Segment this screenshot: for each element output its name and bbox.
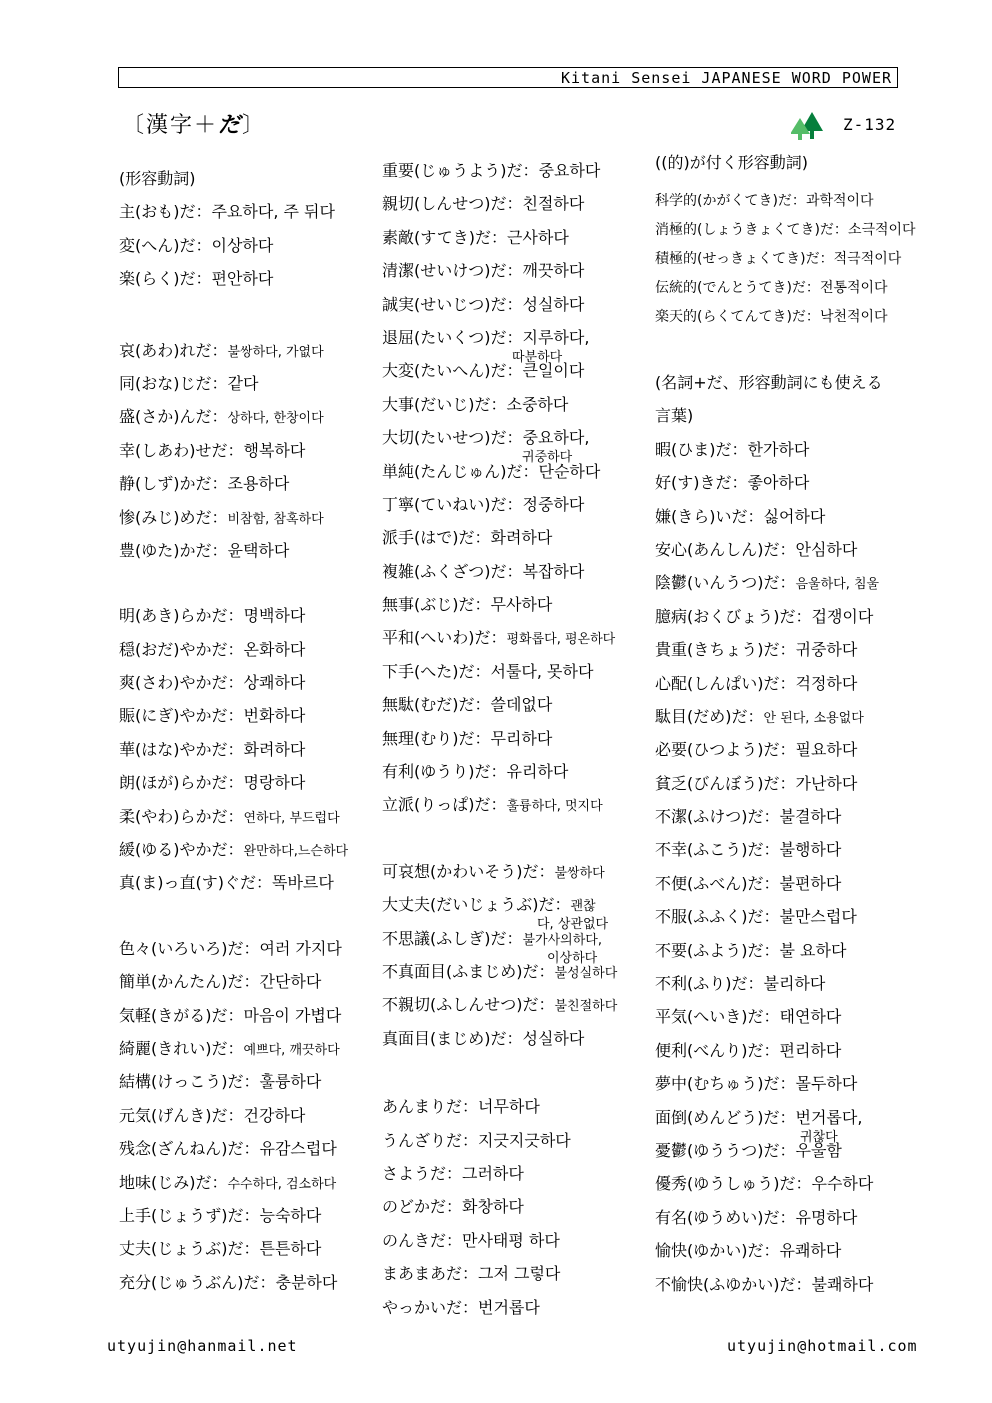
vocab-japanese: 優秀(ゆうしゅう)だ： — [655, 1174, 812, 1193]
vocab-japanese: うんざりだ： — [382, 1131, 478, 1150]
vocab-korean: 필요하다 — [796, 740, 858, 759]
vocab-japanese: 静(しず)かだ： — [119, 474, 228, 493]
vocab-entry: 爽(さわ)やかだ：상쾌하다 — [119, 670, 377, 703]
vocab-entry: 上手(じょうず)だ：능숙하다 — [119, 1203, 377, 1236]
vocab-japanese: 真面目(まじめ)だ： — [382, 1029, 523, 1048]
vocab-entry: 愉快(ゆかい)だ：유쾌하다 — [655, 1238, 905, 1271]
vocab-entry: 不要(ふよう)だ：불 요하다 — [655, 938, 905, 971]
vocab-japanese: 大丈夫(だいじょうぶ)だ： — [382, 895, 571, 914]
header-brand-box: Kitani Sensei JAPANESE WORD POWER — [118, 67, 898, 88]
vocab-korean: 불만스럽다 — [780, 907, 857, 926]
vocab-japanese: 大変(たいへん)だ： — [382, 361, 523, 380]
vocab-japanese: 賑(にぎ)やかだ： — [119, 706, 244, 725]
vocab-korean: 근사하다 — [507, 228, 569, 247]
evergreen-trees-icon — [791, 111, 825, 141]
vocab-korean: 마음이 가볍다 — [244, 1006, 342, 1025]
vocab-korean: 걱정하다 — [796, 674, 858, 693]
vocab-korean: 성실하다 — [523, 295, 585, 314]
vocab-entry: 穏(おだ)やかだ：온화하다 — [119, 637, 377, 670]
vocab-entry: まあまあだ：그저 그렇다 — [382, 1261, 646, 1294]
vocab-entry: 地味(じみ)だ：수수하다, 검소하다 — [119, 1170, 377, 1203]
vocab-japanese: 好(す)きだ： — [655, 473, 748, 492]
page-title: 〔漢字＋だ〕 — [122, 108, 266, 139]
vocab-entry: 大切(たいせつ)だ：중요하다,귀중하다 — [382, 425, 646, 458]
vocab-entry: 気軽(きがる)だ：마음이 가볍다 — [119, 1003, 377, 1036]
vocab-entry: 便利(べんり)だ：편리하다 — [655, 1038, 905, 1071]
section-heading: (名詞+だ、形容動詞にも使える — [655, 370, 905, 403]
vocab-korean: 우울함 — [796, 1141, 842, 1160]
vocab-korean: 조용하다 — [228, 474, 290, 493]
vocab-japanese: 素敵(すてき)だ： — [382, 228, 507, 247]
vocab-japanese: 無理(むり)だ： — [382, 729, 491, 748]
vocab-japanese: 明(あき)らかだ： — [119, 606, 244, 625]
vocab-korean: 번거롭다 — [478, 1298, 540, 1317]
vocab-japanese: 朗(ほが)らかだ： — [119, 773, 244, 792]
vocab-japanese: 誠実(せいじつ)だ： — [382, 295, 523, 314]
vocab-korean: 충분하다 — [276, 1273, 338, 1292]
vocab-japanese: 親切(しんせつ)だ： — [382, 194, 523, 213]
vocab-korean: 불 요하다 — [780, 941, 847, 960]
vocab-japanese: 便利(べんり)だ： — [655, 1041, 780, 1060]
vocab-korean: 편리하다 — [780, 1041, 842, 1060]
section-gap — [655, 335, 905, 370]
vocab-korean: 유리하다 — [507, 762, 569, 781]
vocab-japanese: 不服(ふふく)だ： — [655, 907, 780, 926]
vocab-entry: 無理(むり)だ：무리하다 — [382, 726, 646, 759]
vocab-japanese: 立派(りっぱ)だ： — [382, 795, 507, 814]
vocab-korean: 화려하다 — [491, 528, 553, 547]
vocab-korean: 과학적이다 — [806, 193, 874, 209]
vocab-japanese: のどかだ： — [382, 1197, 462, 1216]
vocab-entry: 主(おも)だ：주요하다, 주 뒤다 — [119, 199, 377, 232]
vocab-column-2: 重要(じゅうよう)だ：중요하다親切(しんせつ)だ：친절하다素敵(すてき)だ：근사… — [382, 158, 646, 1328]
vocab-entry: 平和(へいわ)だ：평화롭다, 평온하다 — [382, 625, 646, 658]
vocab-japanese: 丈夫(じょうぶ)だ： — [119, 1239, 260, 1258]
vocab-korean: 수수하다, 검소하다 — [228, 1177, 337, 1192]
vocab-korean: 온화하다 — [244, 640, 306, 659]
footer-email-right: utyujin@hotmail.com — [727, 1337, 918, 1355]
vocab-entry: 不思議(ふしぎ)だ：불가사의하다,이상하다 — [382, 926, 646, 959]
vocab-japanese: 不思議(ふしぎ)だ： — [382, 929, 523, 948]
vocab-entry: 科学的(かがくてき)だ：과학적이다 — [655, 190, 905, 219]
vocab-entry: 親切(しんせつ)だ：친절하다 — [382, 191, 646, 224]
vocab-korean: 그저 그렇다 — [478, 1264, 560, 1283]
vocab-japanese: 不真面目(ふまじめ)だ： — [382, 962, 555, 981]
document-page: Kitani Sensei JAPANESE WORD POWER 〔漢字＋だ〕… — [0, 0, 992, 1403]
vocab-japanese: 簡単(かんたん)だ： — [119, 972, 260, 991]
vocab-entry: 真面目(まじめ)だ：성실하다 — [382, 1026, 646, 1059]
vocab-japanese: あんまりだ： — [382, 1097, 478, 1116]
vocab-korean: 윤택하다 — [228, 541, 290, 560]
vocab-korean: 이상하다 — [212, 236, 274, 255]
vocab-japanese: 変(へん)だ： — [119, 236, 212, 255]
vocab-japanese: 貧乏(びんぼう)だ： — [655, 774, 796, 793]
vocab-entry: 駄目(だめ)だ：안 된다, 소용없다 — [655, 704, 905, 737]
vocab-entry: 哀(あわ)れだ：불쌍하다, 가엾다 — [119, 338, 377, 371]
vocab-entry: 重要(じゅうよう)だ：중요하다 — [382, 158, 646, 191]
vocab-japanese: 科学的(かがくてき)だ： — [655, 193, 806, 209]
vocab-entry: あんまりだ：너무하다 — [382, 1094, 646, 1127]
vocab-japanese: 消極的(しょうきょくてき)だ： — [655, 222, 848, 238]
vocab-korean: 깨끗하다 — [523, 261, 585, 280]
vocab-korean: 전통적이다 — [820, 280, 888, 296]
vocab-column-1: (形容動詞)主(おも)だ：주요하다, 주 뒤다変(へん)だ：이상하다楽(らく)だ… — [119, 166, 377, 1303]
vocab-japanese: 嫌(きら)いだ： — [655, 507, 764, 526]
vocab-korean: 단순하다 — [539, 462, 601, 481]
vocab-entry: 不潔(ふけつ)だ：불결하다 — [655, 804, 905, 837]
vocab-japanese: 主(おも)だ： — [119, 202, 212, 221]
vocab-korean: 연하다, 부드럽다 — [244, 811, 340, 826]
vocab-korean: 주요하다, 주 뒤다 — [212, 202, 335, 221]
vocab-entry: 面倒(めんどう)だ：번거롭다,귀찮다 — [655, 1105, 905, 1138]
vocab-entry: 結構(けっこう)だ：훌륭하다 — [119, 1069, 377, 1102]
vocab-japanese: 退屈(たいくつ)だ： — [382, 328, 523, 347]
vocab-korean: 불편하다 — [780, 874, 842, 893]
vocab-japanese: 伝統的(でんとうてき)だ： — [655, 280, 820, 296]
vocab-entry: 変(へん)だ：이상하다 — [119, 233, 377, 266]
vocab-japanese: まあまあだ： — [382, 1264, 478, 1283]
vocab-japanese: 惨(みじ)めだ： — [119, 508, 228, 527]
vocab-entry: 複雑(ふくざつ)だ：복잡하다 — [382, 559, 646, 592]
vocab-entry: 必要(ひつよう)だ：필요하다 — [655, 737, 905, 770]
page-title-emphasis: だ — [218, 113, 242, 138]
vocab-entry: 下手(へた)だ：서툴다, 못하다 — [382, 659, 646, 692]
vocab-korean: 행복하다 — [244, 441, 306, 460]
vocab-entry: 不愉快(ふゆかい)だ：불쾌하다 — [655, 1272, 905, 1305]
vocab-korean: 불결하다 — [780, 807, 842, 826]
vocab-korean: 안심하다 — [796, 540, 858, 559]
section-gap — [119, 904, 377, 936]
vocab-japanese: 単純(たんじゅん)だ： — [382, 462, 539, 481]
vocab-korean: 한가하다 — [748, 440, 810, 459]
vocab-entry: 消極的(しょうきょくてき)だ：소극적이다 — [655, 219, 905, 248]
vocab-entry: 派手(はで)だ：화려하다 — [382, 525, 646, 558]
vocab-korean: 똑바르다 — [272, 873, 334, 892]
vocab-korean: 복잡하다 — [523, 562, 585, 581]
vocab-japanese: 楽天的(らくてんてき)だ： — [655, 309, 820, 325]
vocab-japanese: 真(ま)っ直(す)ぐだ： — [119, 873, 272, 892]
vocab-japanese: 安心(あんしん)だ： — [655, 540, 796, 559]
vocab-entry: 朗(ほが)らかだ：명랑하다 — [119, 770, 377, 803]
vocab-korean: 소극적이다 — [848, 222, 916, 238]
vocab-korean: 불행하다 — [780, 840, 842, 859]
section-heading: ((的)が付く形容動詞) — [655, 150, 905, 190]
vocab-korean: 적극적이다 — [834, 251, 902, 267]
vocab-japanese: 華(はな)やかだ： — [119, 740, 244, 759]
vocab-korean: 중요하다, — [523, 428, 590, 447]
vocab-entry: 丈夫(じょうぶ)だ：튼튼하다 — [119, 1236, 377, 1269]
vocab-entry: 充分(じゅうぶん)だ：충분하다 — [119, 1270, 377, 1303]
vocab-entry: 楽(らく)だ：편안하다 — [119, 266, 377, 299]
vocab-korean: 가난하다 — [796, 774, 858, 793]
vocab-entry: 誠実(せいじつ)だ：성실하다 — [382, 292, 646, 325]
vocab-japanese: 無事(ぶじ)だ： — [382, 595, 491, 614]
vocab-entry: 真(ま)っ直(す)ぐだ：똑바르다 — [119, 870, 377, 903]
vocab-korean: 성실하다 — [523, 1029, 585, 1048]
vocab-entry: 不便(ふべん)だ：불편하다 — [655, 871, 905, 904]
vocab-korean: 번거롭다, — [796, 1108, 863, 1127]
vocab-japanese: やっかいだ： — [382, 1298, 478, 1317]
vocab-japanese: 駄目(だめ)だ： — [655, 707, 764, 726]
vocab-entry: 色々(いろいろ)だ：여러 가지다 — [119, 936, 377, 969]
vocab-entry: 夢中(むちゅう)だ：몰두하다 — [655, 1071, 905, 1104]
vocab-korean: 불쌍하다, 가엾다 — [228, 345, 324, 360]
vocab-entry: 盛(さか)んだ：상하다, 한창이다 — [119, 404, 377, 437]
vocab-korean: 예쁘다, 깨끗하다 — [244, 1043, 340, 1058]
vocab-entry: 不幸(ふこう)だ：불행하다 — [655, 837, 905, 870]
vocab-korean: 몰두하다 — [796, 1074, 858, 1093]
vocab-japanese: 楽(らく)だ： — [119, 269, 212, 288]
vocab-entry: 安心(あんしん)だ：안심하다 — [655, 537, 905, 570]
vocab-korean: 음울하다, 침울 — [796, 577, 880, 592]
vocab-entry: 心配(しんぱい)だ：걱정하다 — [655, 671, 905, 704]
vocab-entry: 柔(やわ)らかだ：연하다, 부드럽다 — [119, 804, 377, 837]
vocab-korean: 겁쟁이다 — [812, 607, 874, 626]
vocab-japanese: 不便(ふべん)だ： — [655, 874, 780, 893]
vocab-korean: 건강하다 — [244, 1106, 306, 1125]
vocab-japanese: 気軽(きがる)だ： — [119, 1006, 244, 1025]
vocab-entry: 華(はな)やかだ：화려하다 — [119, 737, 377, 770]
vocab-entry: 陰鬱(いんうつ)だ：음울하다, 침울 — [655, 570, 905, 603]
vocab-japanese: 大切(たいせつ)だ： — [382, 428, 523, 447]
vocab-entry: 元気(げんき)だ：건강하다 — [119, 1103, 377, 1136]
vocab-korean: 괜찮 — [571, 899, 596, 914]
vocab-entry: 丁寧(ていねい)だ：정중하다 — [382, 492, 646, 525]
vocab-korean: 중요하다 — [539, 161, 601, 180]
vocab-entry: 明(あき)らかだ：명백하다 — [119, 603, 377, 636]
vocab-entry: 嫌(きら)いだ：싫어하다 — [655, 504, 905, 537]
vocab-japanese: 派手(はで)だ： — [382, 528, 491, 547]
vocab-entry: 可哀想(かわいそう)だ：불쌍하다 — [382, 859, 646, 892]
vocab-column-3: ((的)が付く形容動詞)科学的(かがくてき)だ：과학적이다消極的(しょうきょくて… — [655, 150, 905, 1305]
footer: utyujin@hanmail.net utyujin@hotmail.com — [0, 1337, 992, 1361]
vocab-entry: のんきだ：만사태평 하다 — [382, 1228, 646, 1261]
vocab-korean: 안 된다, 소용없다 — [764, 711, 864, 726]
vocab-entry: 綺麗(きれい)だ：예쁘다, 깨끗하다 — [119, 1036, 377, 1069]
vocab-japanese: 盛(さか)んだ： — [119, 407, 228, 426]
vocab-japanese: 不利(ふり)だ： — [655, 974, 764, 993]
vocab-japanese: 大事(だいじ)だ： — [382, 395, 507, 414]
vocab-entry: 好(す)きだ：좋아하다 — [655, 470, 905, 503]
vocab-korean: 능숙하다 — [260, 1206, 322, 1225]
vocab-entry: 平気(へいき)だ：태연하다 — [655, 1004, 905, 1037]
vocab-korean: 편안하다 — [212, 269, 274, 288]
vocab-japanese: 上手(じょうず)だ： — [119, 1206, 260, 1225]
vocab-entry: 単純(たんじゅん)だ：단순하다 — [382, 459, 646, 492]
vocab-entry: 楽天的(らくてんてき)だ：낙천적이다 — [655, 306, 905, 335]
vocab-japanese: 哀(あわ)れだ： — [119, 341, 228, 360]
vocab-entry: 臆病(おくびょう)だ：겁쟁이다 — [655, 604, 905, 637]
vocab-korean: 무리하다 — [491, 729, 553, 748]
vocab-japanese: 穏(おだ)やかだ： — [119, 640, 244, 659]
vocab-korean: 우수하다 — [812, 1174, 874, 1193]
vocab-entry: 豊(ゆた)かだ：윤택하다 — [119, 538, 377, 571]
vocab-entry: さようだ：그러하다 — [382, 1161, 646, 1194]
page-title-prefix: 〔漢字＋ — [122, 113, 218, 138]
vocab-entry: のどかだ：화창하다 — [382, 1194, 646, 1227]
vocab-japanese: 幸(しあわ)せだ： — [119, 441, 244, 460]
vocab-korean: 여러 가지다 — [260, 939, 342, 958]
vocab-japanese: 面倒(めんどう)だ： — [655, 1108, 796, 1127]
vocab-entry: 賑(にぎ)やかだ：번화하다 — [119, 703, 377, 736]
section-gap — [382, 826, 646, 859]
vocab-korean: 지루하다, — [523, 328, 590, 347]
vocab-korean: 소중하다 — [507, 395, 569, 414]
vocab-korean: 유감스럽다 — [260, 1139, 337, 1158]
vocab-entry: 簡単(かんたん)だ：간단하다 — [119, 969, 377, 1002]
vocab-japanese: 陰鬱(いんうつ)だ： — [655, 573, 796, 592]
section-heading: 言葉) — [655, 403, 905, 436]
vocab-japanese: 充分(じゅうぶん)だ： — [119, 1273, 276, 1292]
vocab-korean: 불친절하다 — [555, 999, 618, 1014]
vocab-korean: 불쾌하다 — [812, 1275, 874, 1294]
vocab-entry: 静(しず)かだ：조용하다 — [119, 471, 377, 504]
vocab-japanese: 地味(じみ)だ： — [119, 1173, 228, 1192]
vocab-korean: 그러하다 — [462, 1164, 524, 1183]
vocab-korean: 상쾌하다 — [244, 673, 306, 692]
vocab-japanese: 不幸(ふこう)だ： — [655, 840, 780, 859]
vocab-korean: 명랑하다 — [244, 773, 306, 792]
vocab-japanese: 不愉快(ふゆかい)だ： — [655, 1275, 812, 1294]
vocab-entry: 退屈(たいくつ)だ：지루하다,따분하다 — [382, 325, 646, 358]
section-gap — [119, 571, 377, 603]
vocab-entry: 有利(ゆうり)だ：유리하다 — [382, 759, 646, 792]
vocab-entry: 緩(ゆる)やかだ：완만하다,느슨하다 — [119, 837, 377, 870]
vocab-japanese: 清潔(せいけつ)だ： — [382, 261, 523, 280]
vocab-korean: 불쌍하다 — [555, 866, 605, 881]
vocab-entry: 大変(たいへん)だ：큰일이다 — [382, 358, 646, 391]
vocab-japanese: 下手(へた)だ： — [382, 662, 491, 681]
vocab-entry: 同(おな)じだ：같다 — [119, 371, 377, 404]
footer-email-left: utyujin@hanmail.net — [107, 1337, 298, 1355]
vocab-korean: 번화하다 — [244, 706, 306, 725]
vocab-japanese: 平和(へいわ)だ： — [382, 628, 507, 647]
vocab-entry: 貧乏(びんぼう)だ：가난하다 — [655, 771, 905, 804]
vocab-entry: 不利(ふり)だ：불리하다 — [655, 971, 905, 1004]
vocab-japanese: 残念(ざんねん)だ： — [119, 1139, 260, 1158]
vocab-japanese: 貴重(きちょう)だ： — [655, 640, 796, 659]
vocab-japanese: 緩(ゆる)やかだ： — [119, 840, 244, 859]
vocab-japanese: 無駄(むだ)だ： — [382, 695, 491, 714]
vocab-entry: 憂鬱(ゆううつ)だ：우울함 — [655, 1138, 905, 1171]
vocab-japanese: 同(おな)じだ： — [119, 374, 228, 393]
vocab-japanese: 心配(しんぱい)だ： — [655, 674, 796, 693]
vocab-japanese: 必要(ひつよう)だ： — [655, 740, 796, 759]
vocab-korean: 화창하다 — [462, 1197, 524, 1216]
vocab-entry: 不親切(ふしんせつ)だ：불친절하다 — [382, 992, 646, 1025]
vocab-korean: 너무하다 — [478, 1097, 540, 1116]
vocab-entry: うんざりだ：지긋지긋하다 — [382, 1128, 646, 1161]
vocab-entry: 素敵(すてき)だ：근사하다 — [382, 225, 646, 258]
vocab-korean: 무사하다 — [491, 595, 553, 614]
vocab-korean: 정중하다 — [523, 495, 585, 514]
vocab-japanese: 丁寧(ていねい)だ： — [382, 495, 523, 514]
vocab-japanese: 憂鬱(ゆううつ)だ： — [655, 1141, 796, 1160]
vocab-korean: 완만하다,느슨하다 — [244, 844, 349, 859]
vocab-japanese: 爽(さわ)やかだ： — [119, 673, 244, 692]
vocab-korean: 귀중하다 — [796, 640, 858, 659]
vocab-korean: 유쾌하다 — [780, 1241, 842, 1260]
vocab-entry: 無事(ぶじ)だ：무사하다 — [382, 592, 646, 625]
vocab-entry: 残念(ざんねん)だ：유감스럽다 — [119, 1136, 377, 1169]
vocab-entry: 伝統的(でんとうてき)だ：전통적이다 — [655, 277, 905, 306]
vocab-japanese: 元気(げんき)だ： — [119, 1106, 244, 1125]
vocab-japanese: 不潔(ふけつ)だ： — [655, 807, 780, 826]
page-code: Z-132 — [843, 115, 896, 134]
vocab-korean: 싫어하다 — [764, 507, 826, 526]
vocab-korean: 지긋지긋하다 — [478, 1131, 571, 1150]
vocab-korean: 큰일이다 — [523, 361, 585, 380]
vocab-japanese: 複雑(ふくざつ)だ： — [382, 562, 523, 581]
vocab-japanese: 暇(ひま)だ： — [655, 440, 748, 459]
vocab-korean: 상하다, 한창이다 — [228, 411, 324, 426]
brand-text: Kitani Sensei JAPANESE WORD POWER — [561, 69, 892, 87]
vocab-entry: 無駄(むだ)だ：쓸데없다 — [382, 692, 646, 725]
vocab-japanese: 有利(ゆうり)だ： — [382, 762, 507, 781]
vocab-korean: 비참함, 참혹하다 — [228, 512, 324, 527]
vocab-entry: やっかいだ：번거롭다 — [382, 1295, 646, 1328]
vocab-korean: 좋아하다 — [748, 473, 810, 492]
vocab-japanese: 積極的(せっきょくてき)だ： — [655, 251, 834, 267]
vocab-entry: 惨(みじ)めだ：비참함, 참혹하다 — [119, 505, 377, 538]
vocab-korean: 같다 — [228, 374, 259, 393]
vocab-entry: 立派(りっぱ)だ：훌륭하다, 멋지다 — [382, 792, 646, 825]
vocab-korean: 유명하다 — [796, 1208, 858, 1227]
vocab-entry: 貴重(きちょう)だ：귀중하다 — [655, 637, 905, 670]
section-heading: (形容動詞) — [119, 166, 377, 199]
vocab-korean: 화려하다 — [244, 740, 306, 759]
vocab-korean: 훌륭하다, 멋지다 — [507, 799, 603, 814]
vocab-entry: 暇(ひま)だ：한가하다 — [655, 437, 905, 470]
vocab-korean: 태연하다 — [780, 1007, 842, 1026]
vocab-korean: 튼튼하다 — [260, 1239, 322, 1258]
vocab-japanese: 重要(じゅうよう)だ： — [382, 161, 539, 180]
vocab-japanese: 不親切(ふしんせつ)だ： — [382, 995, 555, 1014]
vocab-japanese: のんきだ： — [382, 1231, 462, 1250]
vocab-japanese: 豊(ゆた)かだ： — [119, 541, 228, 560]
vocab-korean: 낙천적이다 — [820, 309, 888, 325]
vocab-japanese: 不要(ふよう)だ： — [655, 941, 780, 960]
vocab-korean: 훌륭하다 — [260, 1072, 322, 1091]
vocab-japanese: 色々(いろいろ)だ： — [119, 939, 260, 958]
vocab-entry: 有名(ゆうめい)だ：유명하다 — [655, 1205, 905, 1238]
vocab-korean: 불리하다 — [764, 974, 826, 993]
vocab-entry: 幸(しあわ)せだ：행복하다 — [119, 438, 377, 471]
section-gap — [119, 300, 377, 338]
vocab-korean: 평화롭다, 평온하다 — [507, 632, 616, 647]
vocab-japanese: 平気(へいき)だ： — [655, 1007, 780, 1026]
vocab-japanese: 夢中(むちゅう)だ： — [655, 1074, 796, 1093]
vocab-japanese: 愉快(ゆかい)だ： — [655, 1241, 780, 1260]
vocab-entry: 不真面目(ふまじめ)だ：불성실하다 — [382, 959, 646, 992]
vocab-korean: 간단하다 — [260, 972, 322, 991]
vocab-japanese: 結構(けっこう)だ： — [119, 1072, 260, 1091]
vocab-japanese: 臆病(おくびょう)だ： — [655, 607, 812, 626]
vocab-korean: 친절하다 — [523, 194, 585, 213]
vocab-japanese: 綺麗(きれい)だ： — [119, 1039, 244, 1058]
vocab-korean: 명백하다 — [244, 606, 306, 625]
vocab-korean: 서툴다, 못하다 — [491, 662, 594, 681]
vocab-japanese: さようだ： — [382, 1164, 462, 1183]
vocab-korean: 쓸데없다 — [491, 695, 553, 714]
vocab-entry: 清潔(せいけつ)だ：깨끗하다 — [382, 258, 646, 291]
vocab-korean: 불성실하다 — [555, 966, 618, 981]
vocab-japanese: 柔(やわ)らかだ： — [119, 807, 244, 826]
vocab-japanese: 有名(ゆうめい)だ： — [655, 1208, 796, 1227]
vocab-japanese: 可哀想(かわいそう)だ： — [382, 862, 555, 881]
vocab-entry: 積極的(せっきょくてき)だ：적극적이다 — [655, 248, 905, 277]
vocab-korean: 불가사의하다, — [523, 933, 602, 948]
